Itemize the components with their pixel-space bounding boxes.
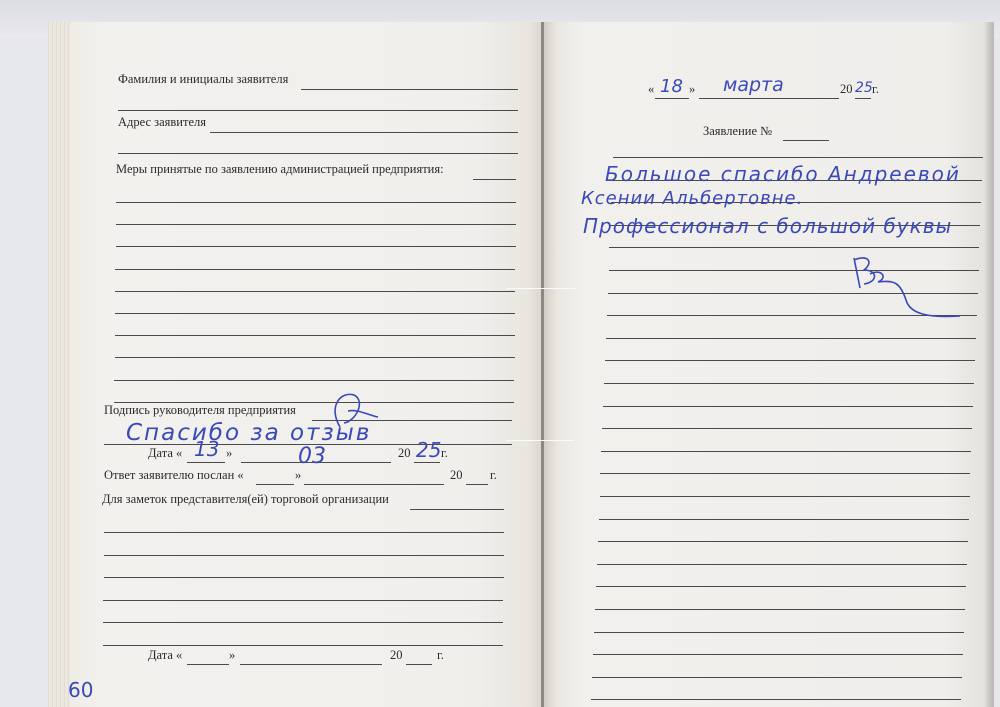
ruled-line: [103, 600, 503, 601]
applicant-name-line: [301, 89, 518, 90]
ruled-line: [600, 473, 970, 474]
statement-date-year-suffix: г.: [872, 82, 879, 97]
ruled-line: [601, 451, 971, 452]
ruled-line: [116, 224, 516, 225]
ruled-line: [115, 269, 515, 270]
left-page: Фамилия и инициалы заявителя Адрес заяви…: [48, 22, 543, 707]
ruled-line: [605, 360, 975, 361]
statement-text-line-1: Большое спасибо Андреевой: [605, 162, 961, 186]
response-date-quote: »: [226, 446, 232, 461]
applicant-address-label: Адрес заявителя: [118, 115, 206, 130]
complaint-book-spread: Фамилия и инициалы заявителя Адрес заяви…: [48, 22, 994, 707]
ruled-line: [596, 586, 966, 587]
ruled-line: [609, 247, 979, 248]
ruled-line: [592, 677, 962, 678]
statement-date-year-prefix: 20: [840, 82, 853, 97]
ruled-line: [103, 622, 503, 623]
book-spine-gutter: [541, 22, 544, 707]
bottom-date-quote: »: [229, 648, 235, 663]
ruled-line: [104, 555, 504, 556]
statement-date-open-quote: «: [648, 82, 654, 97]
bottom-date-year-line: [406, 664, 432, 665]
response-date-day: 13: [194, 437, 219, 461]
ruled-line: [115, 335, 515, 336]
ruled-line: [613, 157, 983, 158]
applicant-signature: [848, 252, 968, 332]
ruled-line: [115, 291, 515, 292]
ruled-line: [591, 699, 961, 700]
ruled-line: [115, 313, 515, 314]
response-date-year-suffix: г.: [441, 446, 448, 461]
response-date-year-prefix: 20: [398, 446, 411, 461]
applicant-name-label: Фамилия и инициалы заявителя: [118, 72, 288, 87]
ruled-line: [103, 645, 503, 646]
reply-sent-month-line: [304, 484, 444, 485]
ruled-line: [606, 338, 976, 339]
ruled-line: [600, 496, 970, 497]
ruled-line: [116, 202, 516, 203]
ruled-line: [593, 654, 963, 655]
statement-date-month: марта: [723, 74, 784, 96]
reply-sent-year-prefix: 20: [450, 468, 463, 483]
response-date-month: 03: [298, 444, 326, 469]
applicant-address-line-2: [118, 153, 518, 154]
ruled-line: [602, 428, 972, 429]
ruled-line: [598, 541, 968, 542]
measures-line-0: [473, 179, 516, 180]
binding-thread-bottom: [506, 440, 574, 441]
applicant-name-line-2: [118, 110, 518, 111]
statement-number-label: Заявление №: [703, 124, 772, 139]
statement-date-year-line: [855, 98, 871, 99]
response-date-year: 25: [416, 438, 441, 462]
ruled-line: [597, 564, 967, 565]
statement-date-month-line: [699, 98, 839, 99]
response-date-label: Дата «: [148, 446, 182, 461]
bottom-date-year-prefix: 20: [390, 648, 403, 663]
statement-date-day-line: [655, 98, 689, 99]
ruled-line: [599, 519, 969, 520]
ruled-line: [104, 532, 504, 533]
manager-note-handwritten: Спасибо за отзыв: [126, 420, 371, 446]
bottom-date-day-line: [187, 664, 229, 665]
response-date-year-line: [414, 462, 440, 463]
ruled-line: [116, 246, 516, 247]
binding-thread-top: [506, 288, 576, 289]
reply-sent-year-line: [466, 484, 488, 485]
statement-date-day: 18: [660, 76, 683, 97]
bottom-date-label: Дата «: [148, 648, 182, 663]
right-page: « 18 » марта 20 25 г. Заявление № Большо…: [543, 22, 994, 707]
measures-label: Меры принятые по заявлению администрацие…: [116, 162, 444, 177]
reply-sent-year-suffix: г.: [490, 468, 497, 483]
ruled-line: [594, 632, 964, 633]
ruled-line: [114, 380, 514, 381]
statement-number-line: [783, 140, 829, 141]
response-date-day-line: [187, 462, 225, 463]
ruled-line: [104, 577, 504, 578]
manager-signature-label: Подпись руководителя предприятия: [104, 403, 296, 418]
ruled-line: [595, 609, 965, 610]
ruled-line: [115, 357, 515, 358]
bottom-date-year-suffix: г.: [437, 648, 444, 663]
statement-date-year: 25: [855, 80, 873, 96]
reply-sent-label: Ответ заявителю послан «: [104, 468, 244, 483]
statement-text-line-2: Ксении Альбертовне.: [581, 188, 803, 209]
notes-line-0: [410, 509, 504, 510]
statement-date-close-quote: »: [689, 82, 695, 97]
reply-sent-day-line: [256, 484, 294, 485]
applicant-address-line: [210, 132, 518, 133]
ruled-line: [603, 406, 973, 407]
statement-text-line-3: Профессионал с большой буквы: [583, 214, 952, 238]
ruled-line: [604, 383, 974, 384]
bottom-date-month-line: [240, 664, 382, 665]
page-number-handwritten: 60: [68, 678, 93, 702]
reply-sent-quote: »: [295, 468, 301, 483]
notes-label: Для заметок представителя(ей) торговой о…: [102, 492, 389, 507]
